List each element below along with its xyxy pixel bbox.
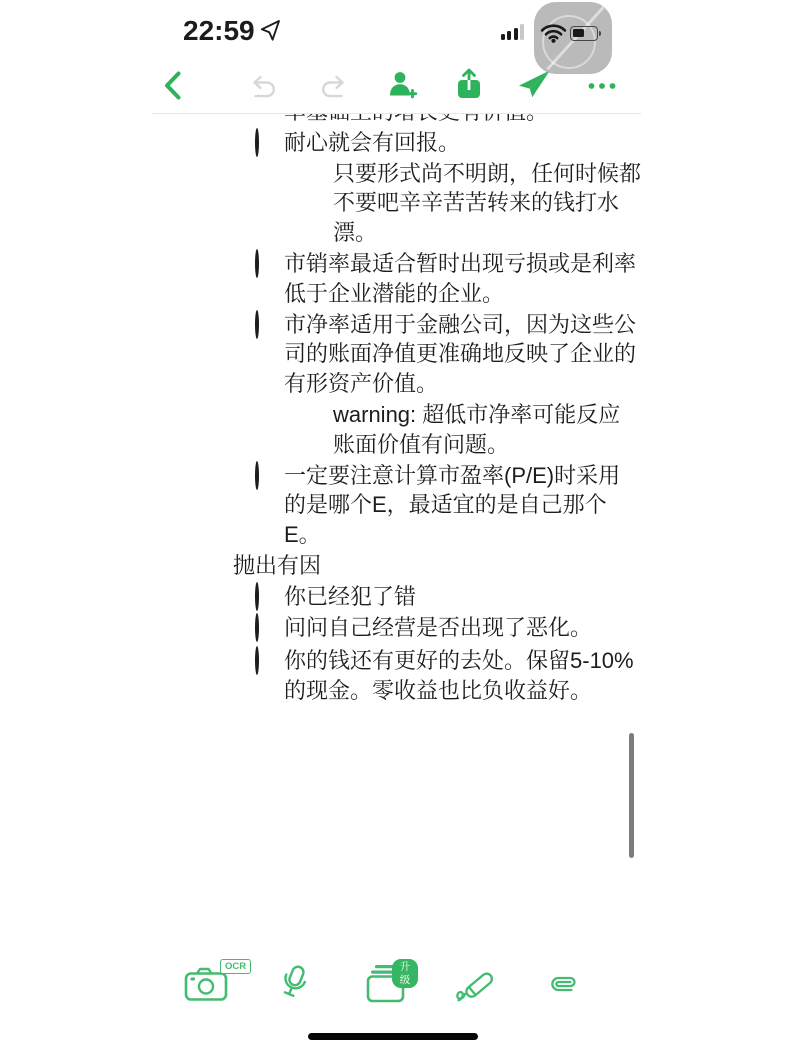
camera-ocr-button[interactable]: OCR (176, 952, 238, 1014)
location-arrow-icon (259, 19, 281, 46)
note-bullet-item[interactable]: 市净率适用于金融公司，因为这些公司的账面净值更准确地反映了企业的有形资产价值。 (152, 310, 642, 399)
templates-button[interactable]: 升级 (356, 952, 418, 1014)
note-line: warning: 超低市净率可能反应账面价值有问题。 (333, 400, 642, 460)
bullet-square-icon (302, 159, 333, 189)
bullet-dot-icon (204, 551, 233, 581)
handwriting-button[interactable] (446, 952, 508, 1014)
more-ellipsis-icon (586, 86, 618, 101)
note-bullet-item[interactable]: 只要形式尚不明朗，任何时候都不要吧辛辛苦苦转来的钱打水漂。 (152, 159, 642, 248)
bullet-circle-icon (252, 461, 284, 491)
send-button[interactable] (517, 70, 553, 103)
redo-button[interactable] (316, 74, 347, 103)
note-bullet-item[interactable]: 你的钱还有更好的去处。保留5-10%的现金。零收益也比负收益好。 (152, 646, 642, 706)
note-line: 一定要注意计算市盈率(P/E)时采用的是哪个E，最适宜的是自己那个E。 (284, 461, 642, 550)
note-line: 市净率适用于金融公司，因为这些公司的账面净值更准确地反映了企业的有形资产价值。 (284, 310, 642, 399)
note-bullet-item[interactable]: 问问自己经营是否出现了恶化。 (152, 613, 642, 643)
bullet-circle-icon (252, 310, 284, 340)
scrollbar-thumb[interactable] (629, 733, 634, 858)
note-bullet-item[interactable]: 你已经犯了错 (152, 582, 642, 612)
upgrade-badge: 升级 (392, 959, 418, 988)
note-page[interactable]: 率基础上的增长更有价值。 耐心就会有回报。 只要形式尚不明朗，任何时候都不要吧辛… (152, 97, 642, 707)
voice-record-button[interactable] (266, 952, 328, 1014)
note-line: 市销率最适合暂时出现亏损或是利率低于企业潜能的企业。 (284, 249, 642, 309)
note-line: 只要形式尚不明朗，任何时候都不要吧辛辛苦苦转来的钱打水漂。 (333, 159, 642, 248)
attachment-button[interactable] (536, 952, 598, 1014)
bullet-circle-icon (252, 249, 284, 279)
bullet-circle-icon (252, 646, 284, 676)
cellular-signal-icon (501, 23, 533, 40)
bullet-square-icon (302, 400, 333, 430)
note-bullet-item[interactable]: 耐心就会有回报。 (152, 128, 642, 158)
more-button[interactable] (586, 74, 618, 101)
battery-icon (570, 26, 600, 40)
note-line: 你已经犯了错 (284, 582, 642, 612)
bullet-circle-icon (252, 613, 284, 643)
note-bullet-item[interactable]: 市销率最适合暂时出现亏损或是利率低于企业潜能的企业。 (152, 249, 642, 309)
share-button[interactable] (454, 68, 484, 104)
undo-icon (250, 88, 281, 103)
note-line: 你的钱还有更好的去处。保留5-10%的现金。零收益也比负收益好。 (284, 646, 642, 706)
status-time: 22:59 (183, 15, 255, 47)
header-divider (152, 113, 641, 114)
note-line: 耐心就会有回报。 (284, 128, 642, 158)
add-person-button[interactable] (387, 69, 418, 104)
note-line: 问问自己经营是否出现了恶化。 (284, 613, 642, 643)
note-bullet-item[interactable]: 一定要注意计算市盈率(P/E)时采用的是哪个E，最适宜的是自己那个E。 (152, 461, 642, 550)
redo-icon (316, 88, 347, 103)
ocr-badge: OCR (220, 959, 251, 974)
back-button[interactable] (161, 70, 184, 104)
header-bar: 22:59 (0, 0, 788, 113)
note-bullet-item[interactable]: warning: 超低市净率可能反应账面价值有问题。 (152, 400, 642, 460)
send-plane-icon (517, 88, 553, 103)
bottom-toolbar: OCR (0, 952, 788, 1014)
wifi-icon (540, 23, 567, 48)
bullet-circle-icon (252, 582, 284, 612)
bullet-circle-icon (252, 128, 284, 158)
note-app-screen: 22:59 (0, 0, 788, 1051)
add-person-icon (387, 89, 418, 104)
note-bullet-item[interactable]: 抛出有因 (152, 551, 642, 581)
share-export-icon (454, 89, 484, 104)
back-chevron-icon (161, 89, 184, 104)
note-line: 抛出有因 (233, 551, 642, 581)
undo-button[interactable] (250, 74, 281, 103)
home-indicator[interactable] (308, 1033, 478, 1040)
